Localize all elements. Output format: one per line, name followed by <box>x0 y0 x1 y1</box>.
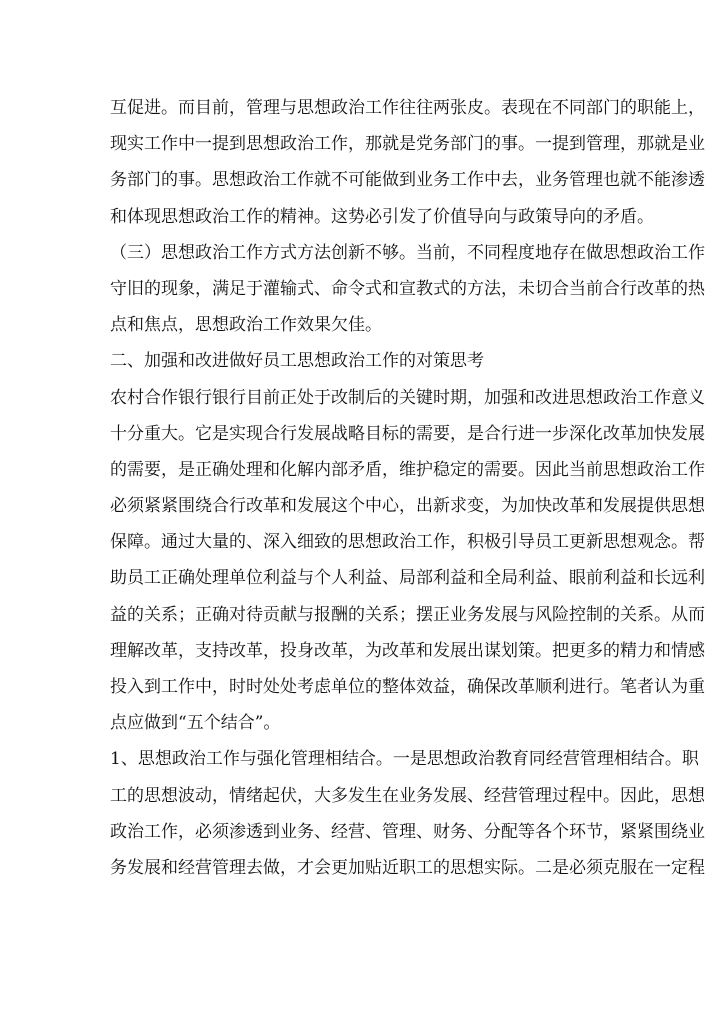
text-line: 保障。通过大量的、深入细致的思想政治工作，积极引导员工更新思想观念。帮 <box>110 524 613 560</box>
text-line: 益的关系；正确对待贡献与报酬的关系；摆正业务发展与风险控制的关系。从而 <box>110 597 613 633</box>
text-line: 务发展和经营管理去做，才会更加贴近职工的思想实际。二是必须克服在一定程 <box>110 850 613 886</box>
text-line: 十分重大。它是实现合行发展战略目标的需要，是合行进一步深化改革加快发展 <box>110 416 613 452</box>
text-line: 守旧的现象，满足于灌输式、命令式和宣教式的方法，未切合当前合行改革的热 <box>110 271 613 307</box>
document-page: 互促进。而目前，管理与思想政治工作往往两张皮。表现在不同部门的职能上， 现实工作… <box>110 90 613 886</box>
section-heading: 二、加强和改进做好员工思想政治工作的对策思考 <box>110 343 613 379</box>
text-line: 助员工正确处理单位利益与个人利益、局部利益和全局利益、眼前利益和长远利 <box>110 560 613 596</box>
text-line: 点和焦点，思想政治工作效果欠佳。 <box>110 307 613 343</box>
text-line: 和体现思想政治工作的精神。这势必引发了价值导向与政策导向的矛盾。 <box>110 199 613 235</box>
text-line: 投入到工作中，时时处处考虑单位的整体效益，确保改革顺利进行。笔者认为重 <box>110 669 613 705</box>
list-item-line: 1、思想政治工作与强化管理相结合。一是思想政治教育同经营管理相结合。职 <box>110 741 613 777</box>
text-line: 农村合作银行银行目前正处于改制后的关键时期，加强和改进思想政治工作意义 <box>110 380 613 416</box>
text-line: 工的思想波动，情绪起伏，大多发生在业务发展、经营管理过程中。因此，思想 <box>110 778 613 814</box>
section-heading-line: （三）思想政治工作方式方法创新不够。当前，不同程度地存在做思想政治工作 <box>110 235 613 271</box>
text-line: 互促进。而目前，管理与思想政治工作往往两张皮。表现在不同部门的职能上， <box>110 90 613 126</box>
text-line: 必须紧紧围绕合行改革和发展这个中心，出新求变，为加快改革和发展提供思想 <box>110 488 613 524</box>
text-line: 政治工作，必须渗透到业务、经营、管理、财务、分配等各个环节，紧紧围绕业 <box>110 814 613 850</box>
text-line: 理解改革，支持改革，投身改革，为改革和发展出谋划策。把更多的精力和情感 <box>110 633 613 669</box>
text-line: 点应做到“五个结合”。 <box>110 705 613 741</box>
text-line: 现实工作中一提到思想政治工作，那就是党务部门的事。一提到管理，那就是业 <box>110 126 613 162</box>
text-line: 的需要，是正确处理和化解内部矛盾，维护稳定的需要。因此当前思想政治工作 <box>110 452 613 488</box>
text-line: 务部门的事。思想政治工作就不可能做到业务工作中去，业务管理也就不能渗透 <box>110 162 613 198</box>
